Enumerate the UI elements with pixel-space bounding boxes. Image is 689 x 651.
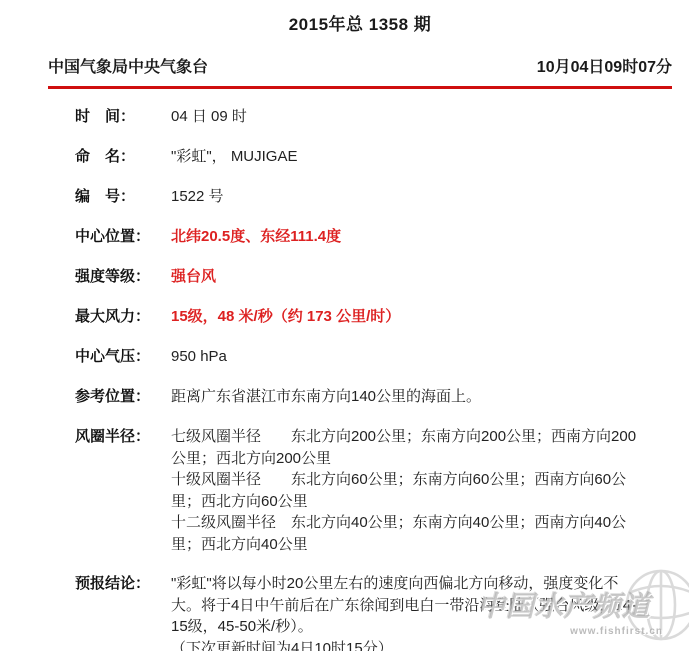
row-label: 最大风力：: [48, 306, 171, 327]
row-label: 命 名：: [48, 146, 171, 167]
bulletin-content: 2015年总 1358 期 中国气象局中央气象台 10月04日09时07分 时 …: [0, 0, 689, 651]
issue-datetime: 10月04日09时07分: [537, 54, 672, 77]
forecast-text: "彩虹"将以每小时20公里左右的速度向西偏北方向移动，强度变化不大。将于4日中午…: [171, 573, 645, 638]
wind-circle-level7: 七级风圈半径 东北方向200公里；东南方向200公里；西南方向200公里；西北方…: [171, 426, 645, 469]
masthead: 中国气象局中央气象台 10月04日09时07分: [48, 54, 672, 86]
row-value: 北纬20.5度、东经111.4度: [171, 226, 645, 247]
row-intensity: 强度等级： 强台风: [48, 266, 672, 287]
row-wind-circle-radius: 风圈半径： 七级风圈半径 东北方向200公里；东南方向200公里；西南方向200…: [48, 426, 672, 555]
row-forecast-conclusion: 预报结论： "彩虹"将以每小时20公里左右的速度向西偏北方向移动，强度变化不大。…: [48, 573, 672, 651]
issue-title: 2015年总 1358 期: [48, 14, 672, 36]
row-label: 时 间：: [48, 106, 171, 127]
row-center-pressure: 中心气压： 950 hPa: [48, 346, 672, 367]
row-value: 950 hPa: [171, 346, 645, 367]
row-label: 预报结论：: [48, 573, 171, 651]
row-number: 编 号： 1522 号: [48, 186, 672, 207]
row-label: 强度等级：: [48, 266, 171, 287]
row-label: 中心气压：: [48, 346, 171, 367]
row-label: 中心位置：: [48, 226, 171, 247]
row-value: "彩虹"， MUJIGAE: [171, 146, 645, 167]
red-divider: [48, 86, 672, 89]
row-time: 时 间： 04 日 09 时: [48, 106, 672, 127]
row-value: 强台风: [171, 266, 645, 287]
row-value: 04 日 09 时: [171, 106, 645, 127]
row-max-wind: 最大风力： 15级，48 米/秒（约 173 公里/时）: [48, 306, 672, 327]
row-value: 距离广东省湛江市东南方向140公里的海面上。: [171, 386, 645, 407]
next-update-note: （下次更新时间为4日10时15分）: [171, 638, 645, 651]
wind-circle-level10: 十级风圈半径 东北方向60公里；东南方向60公里；西南方向60公里；西北方向60…: [171, 469, 645, 512]
agency-name: 中国气象局中央气象台: [48, 54, 208, 77]
row-name: 命 名： "彩虹"， MUJIGAE: [48, 146, 672, 167]
row-value: "彩虹"将以每小时20公里左右的速度向西偏北方向移动，强度变化不大。将于4日中午…: [171, 573, 645, 651]
row-value: 1522 号: [171, 186, 645, 207]
row-center-position: 中心位置： 北纬20.5度、东经111.4度: [48, 226, 672, 247]
row-reference-position: 参考位置： 距离广东省湛江市东南方向140公里的海面上。: [48, 386, 672, 407]
typhoon-bulletin-page: 2015年总 1358 期 中国气象局中央气象台 10月04日09时07分 时 …: [0, 0, 689, 651]
row-value: 15级，48 米/秒（约 173 公里/时）: [171, 306, 645, 327]
wind-circle-level12: 十二级风圈半径 东北方向40公里；东南方向40公里；西南方向40公里；西北方向4…: [171, 512, 645, 555]
row-label: 风圈半径：: [48, 426, 171, 555]
row-label: 编 号：: [48, 186, 171, 207]
row-label: 参考位置：: [48, 386, 171, 407]
info-table: 时 间： 04 日 09 时 命 名： "彩虹"， MUJIGAE 编 号： 1…: [48, 106, 672, 651]
row-value: 七级风圈半径 东北方向200公里；东南方向200公里；西南方向200公里；西北方…: [171, 426, 645, 555]
